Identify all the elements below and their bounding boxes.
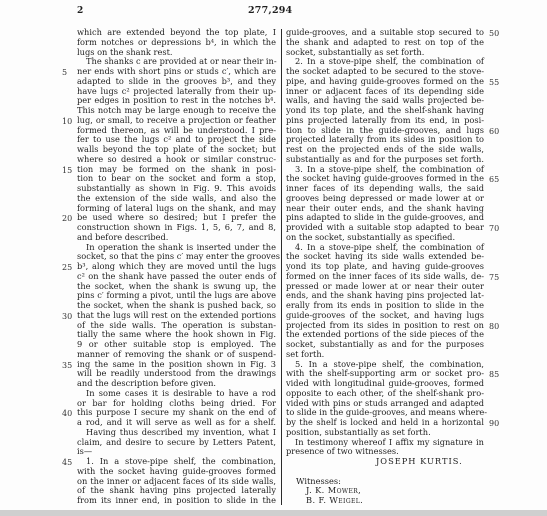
right-text-column: guide-grooves, and a suitable stop secur… [286,28,484,506]
column-divider [281,29,282,505]
margin-line-number: 50 [489,29,499,38]
margin-line-number: 40 [62,409,72,418]
margin-line-number: 5 [62,68,67,77]
text-line: from its inner end, in position to slide… [77,496,276,506]
margin-line-number: 65 [489,175,499,184]
margin-line-number: 70 [489,224,499,233]
left-text-column: which are extended beyond the top plate,… [77,28,276,506]
margin-line-number: 55 [489,78,499,87]
margin-line-number: 90 [489,419,499,428]
margin-line-number: 35 [62,361,72,370]
margin-line-number: 75 [489,273,499,282]
text-line: claim, and desire to secure by Letters P… [77,438,276,448]
patent-page: 2 277,294 which are extended beyond the … [0,0,547,510]
margin-line-number: 15 [62,166,72,175]
margin-line-number: 10 [62,117,72,126]
margin-line-number: 30 [62,312,72,321]
margin-line-number: 60 [489,127,499,136]
margin-line-number: 85 [489,370,499,379]
patent-number: 277,294 [248,5,292,16]
text-line: B. F. Weigel. [286,496,484,506]
text-line: JOSEPH KURTIS. [286,457,484,467]
margin-line-number: 25 [62,263,72,272]
margin-line-number: 20 [62,214,72,223]
page-number: 2 [77,6,83,16]
page-bottom-edge [0,510,547,516]
margin-line-number: 45 [62,458,72,467]
margin-line-number: 80 [489,322,499,331]
